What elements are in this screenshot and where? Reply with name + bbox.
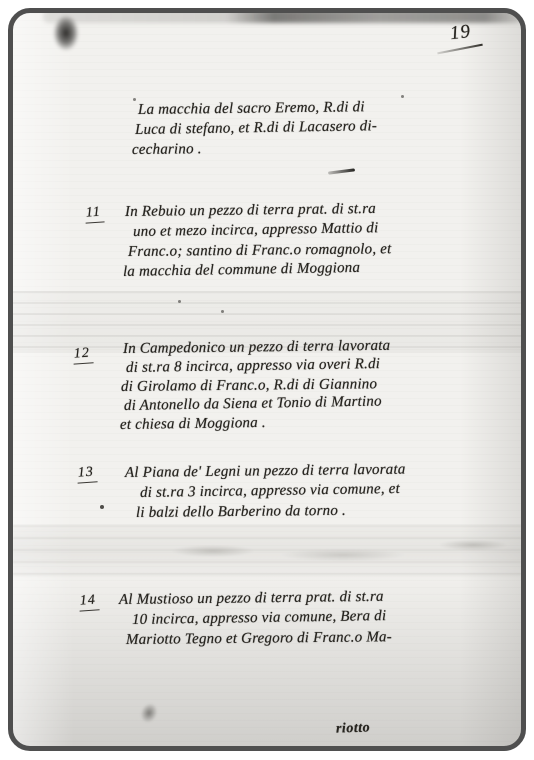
folio-number: 19 [449,21,473,45]
entry-paragraph: Al Piana de' Legni un pezzo di terra lav… [125,463,406,523]
entry-paragraph: In Rebuio un pezzo di terra prat. di st.… [124,202,391,282]
entry-number: 13 [76,464,97,483]
ink-smudge [138,701,161,726]
folio-flourish-stroke [437,44,483,55]
ink-speck [133,98,136,101]
entry-line: uno et mezo incirca, appresso Mattio di [133,218,392,242]
scanned-manuscript-page: 19 La macchia del sacro Eremo, R.di di L… [0,0,534,760]
entry-line: Mariotto Tegno et Gregoro di Franc.o Ma- [126,627,392,650]
entry-line: et chiesa di Moggiona . [120,412,391,435]
entry-line: la macchia del commune di Moggiona [123,257,392,282]
ink-speck [401,95,404,98]
heading-paragraph: La macchia del sacro Eremo, R.di di Luca… [138,100,377,160]
marginal-dot [100,505,104,509]
entry-line: di st.ra 8 incirca, appresso via overi R… [126,355,391,378]
heading-line: cecharino . [132,137,377,160]
bleedthrough-band [13,525,521,577]
heading-line: Luca di stefano, et R.di di Lacasero di- [135,116,377,140]
ink-speck [178,300,181,303]
entry-line: di st.ra 3 incirca, appresso via comune,… [140,479,406,503]
page-edge-shadow [43,13,521,23]
entry-line: li balzi dello Barberino da torno . [136,500,406,523]
manuscript-paper: 19 La macchia del sacro Eremo, R.di di L… [13,13,521,746]
entry-line: 10 incirca, appresso via comune, Bera di [132,606,392,630]
entry-paragraph: Al Mustioso un pezzo di terra prat. di s… [119,590,392,650]
entry-number: 14 [78,592,99,611]
entry-paragraph: In Campedonico un pezzo di terra lavorat… [118,340,390,435]
entry-number: 11 [84,204,104,223]
separator-dash [328,168,355,174]
entry-number: 12 [72,345,93,364]
corner-ink-blot [53,15,79,51]
catchword: riotto [336,720,371,737]
ink-speck [221,310,224,313]
